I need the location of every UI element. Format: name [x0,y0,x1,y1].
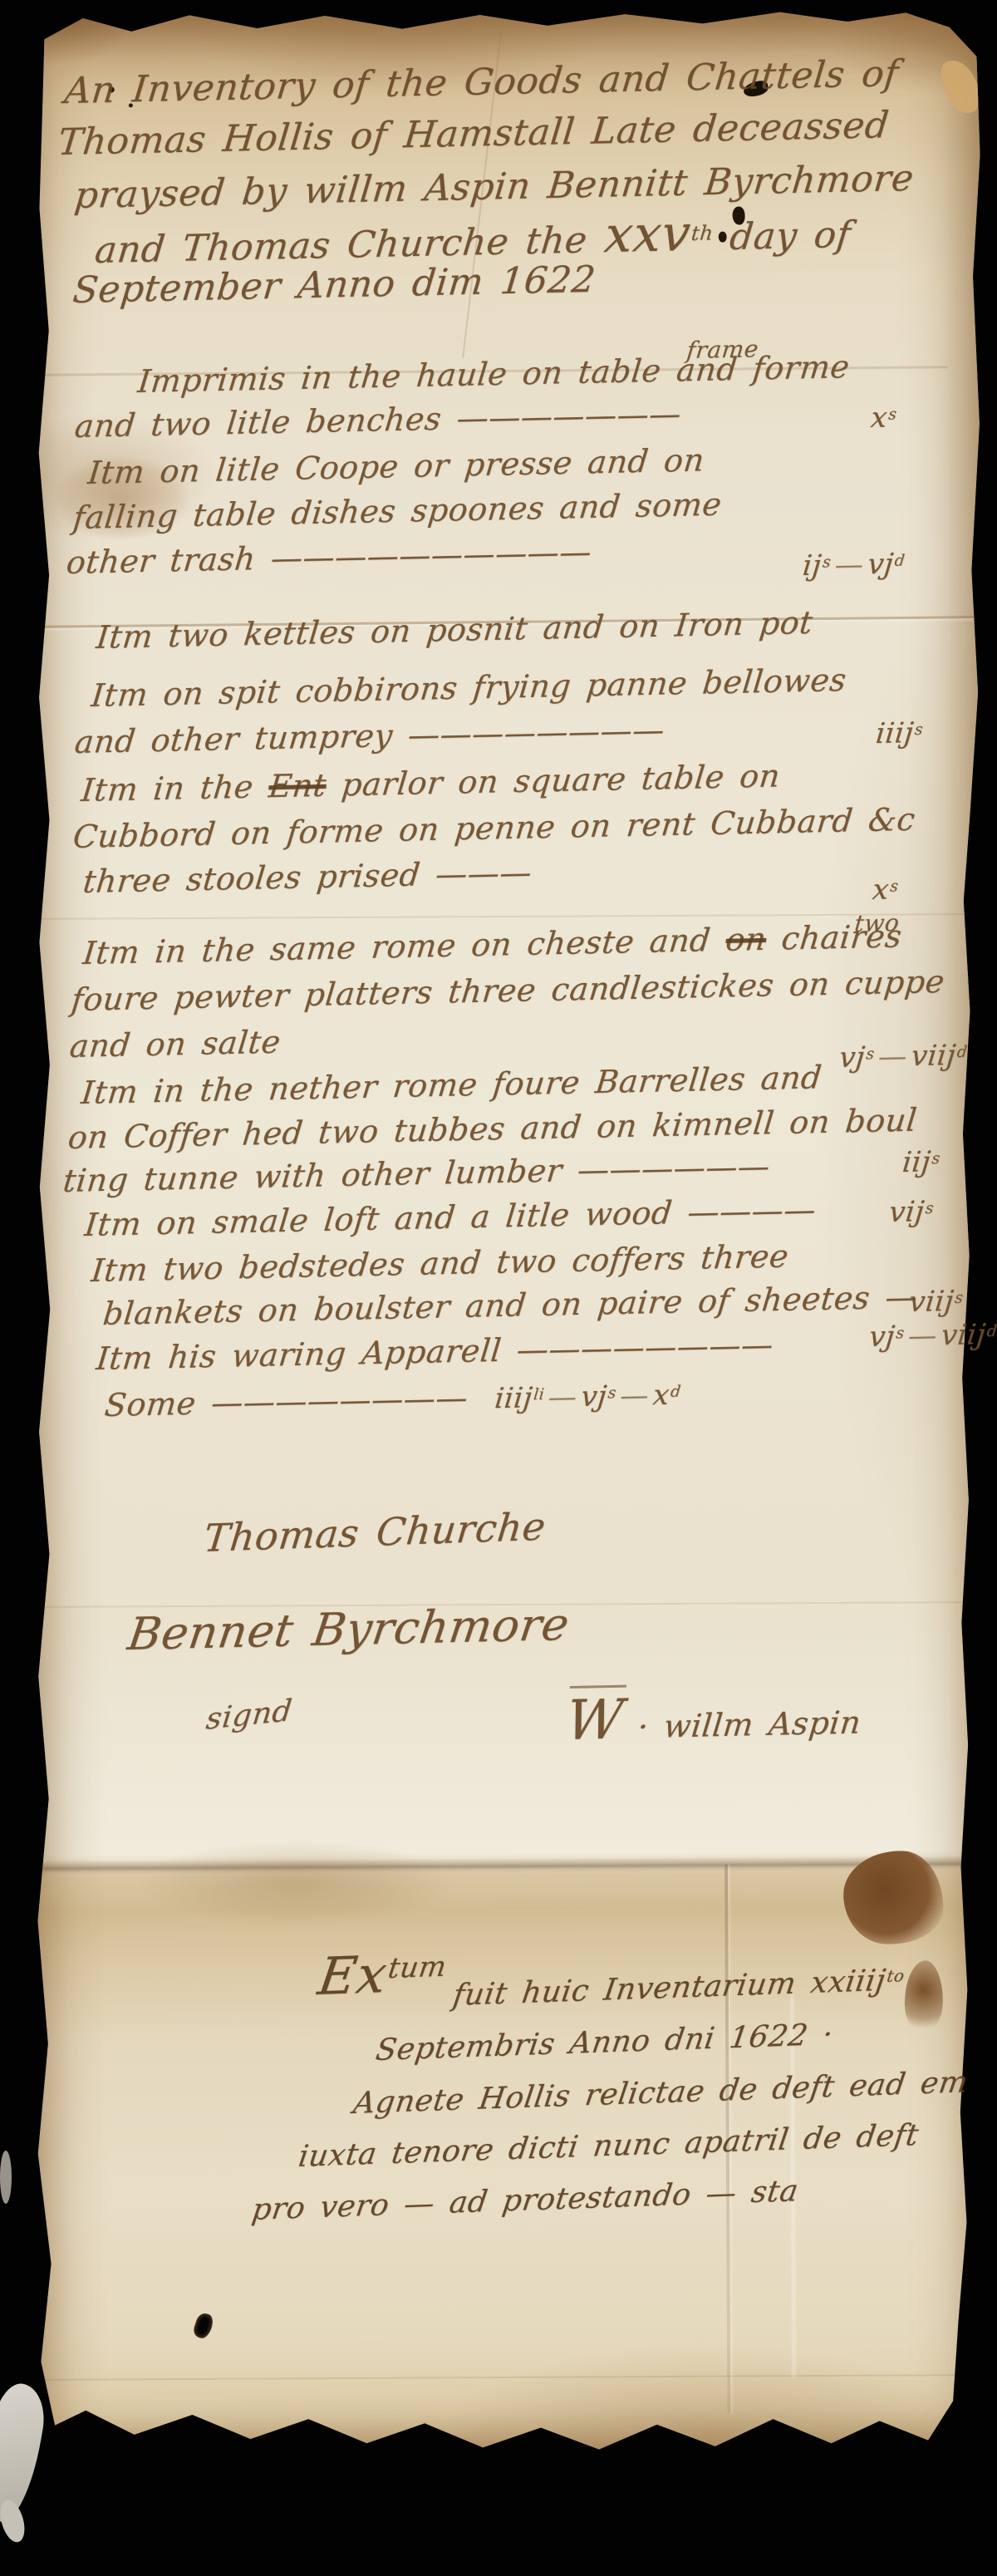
signature-aspin-name: · willm Aspin [636,1704,863,1746]
amount-benches: xs [870,403,898,432]
amount-trash: ijs—vjd [802,549,906,580]
stain-fold-blob-small [905,1960,943,2033]
paper-thread-small [0,2497,29,2544]
heading-day-numeral: xxv [602,204,693,264]
amount-sheetes: viijs [908,1287,965,1316]
item-samerome-line-3: and on salte [68,1026,282,1062]
photograph-backdrop: An Inventory of the Goods and Chattels o… [0,0,997,2576]
item-parlor-line-1a: Itm in the [80,769,255,809]
signature-bennet-byrchmore: Bennet Byrchmore [125,1602,572,1657]
heading-day-ordinal: th [690,221,715,245]
probate-ex-monogram: Extum [315,1947,449,2003]
total-label: Some ———————— [103,1379,470,1423]
probate-line-1-sup: to [886,1966,906,1986]
probate-ex-text: Ex [315,1944,391,2007]
amount-stooles: xs [872,875,900,904]
amount-total: iiijli—vjs—xd [494,1379,683,1416]
probate-ex-sup: tum [386,1950,449,1985]
signature-willm-aspin: W · willm Aspin [563,1688,864,1748]
fold-crease-horizontal-5 [44,2374,958,2381]
item-parlor-struck-word: Ent [267,767,328,804]
signature-thomas-churche: Thomas Churche [202,1507,548,1557]
main-fold-shadow [25,1856,993,1875]
amount-tumprey: iiijs [875,719,925,748]
item-imprimis-insert: frame [685,337,759,362]
item-samerome-insert: two [853,912,901,936]
amount-apparell: vjs—viijd [868,1320,997,1351]
corner-fold-flap [938,56,984,117]
worm-hole [192,2312,215,2341]
heading-line-4-tail: day of [728,214,853,258]
edge-debris [0,2151,12,2204]
signature-aspin-initial: W [563,1685,627,1753]
heading-line-5: September Anno dim 1622 [71,262,597,309]
paper-thread [0,2380,50,2526]
item-parlor-line-3: three stooles prised ——— [81,857,533,897]
item-samerome-struck-word: on [724,921,769,958]
amount-wood: vijs [888,1197,936,1227]
stain-fold-blob-large [843,1851,944,1944]
amount-salte: vjs—viijd [838,1041,969,1072]
amount-lumber: iijs [901,1148,941,1177]
